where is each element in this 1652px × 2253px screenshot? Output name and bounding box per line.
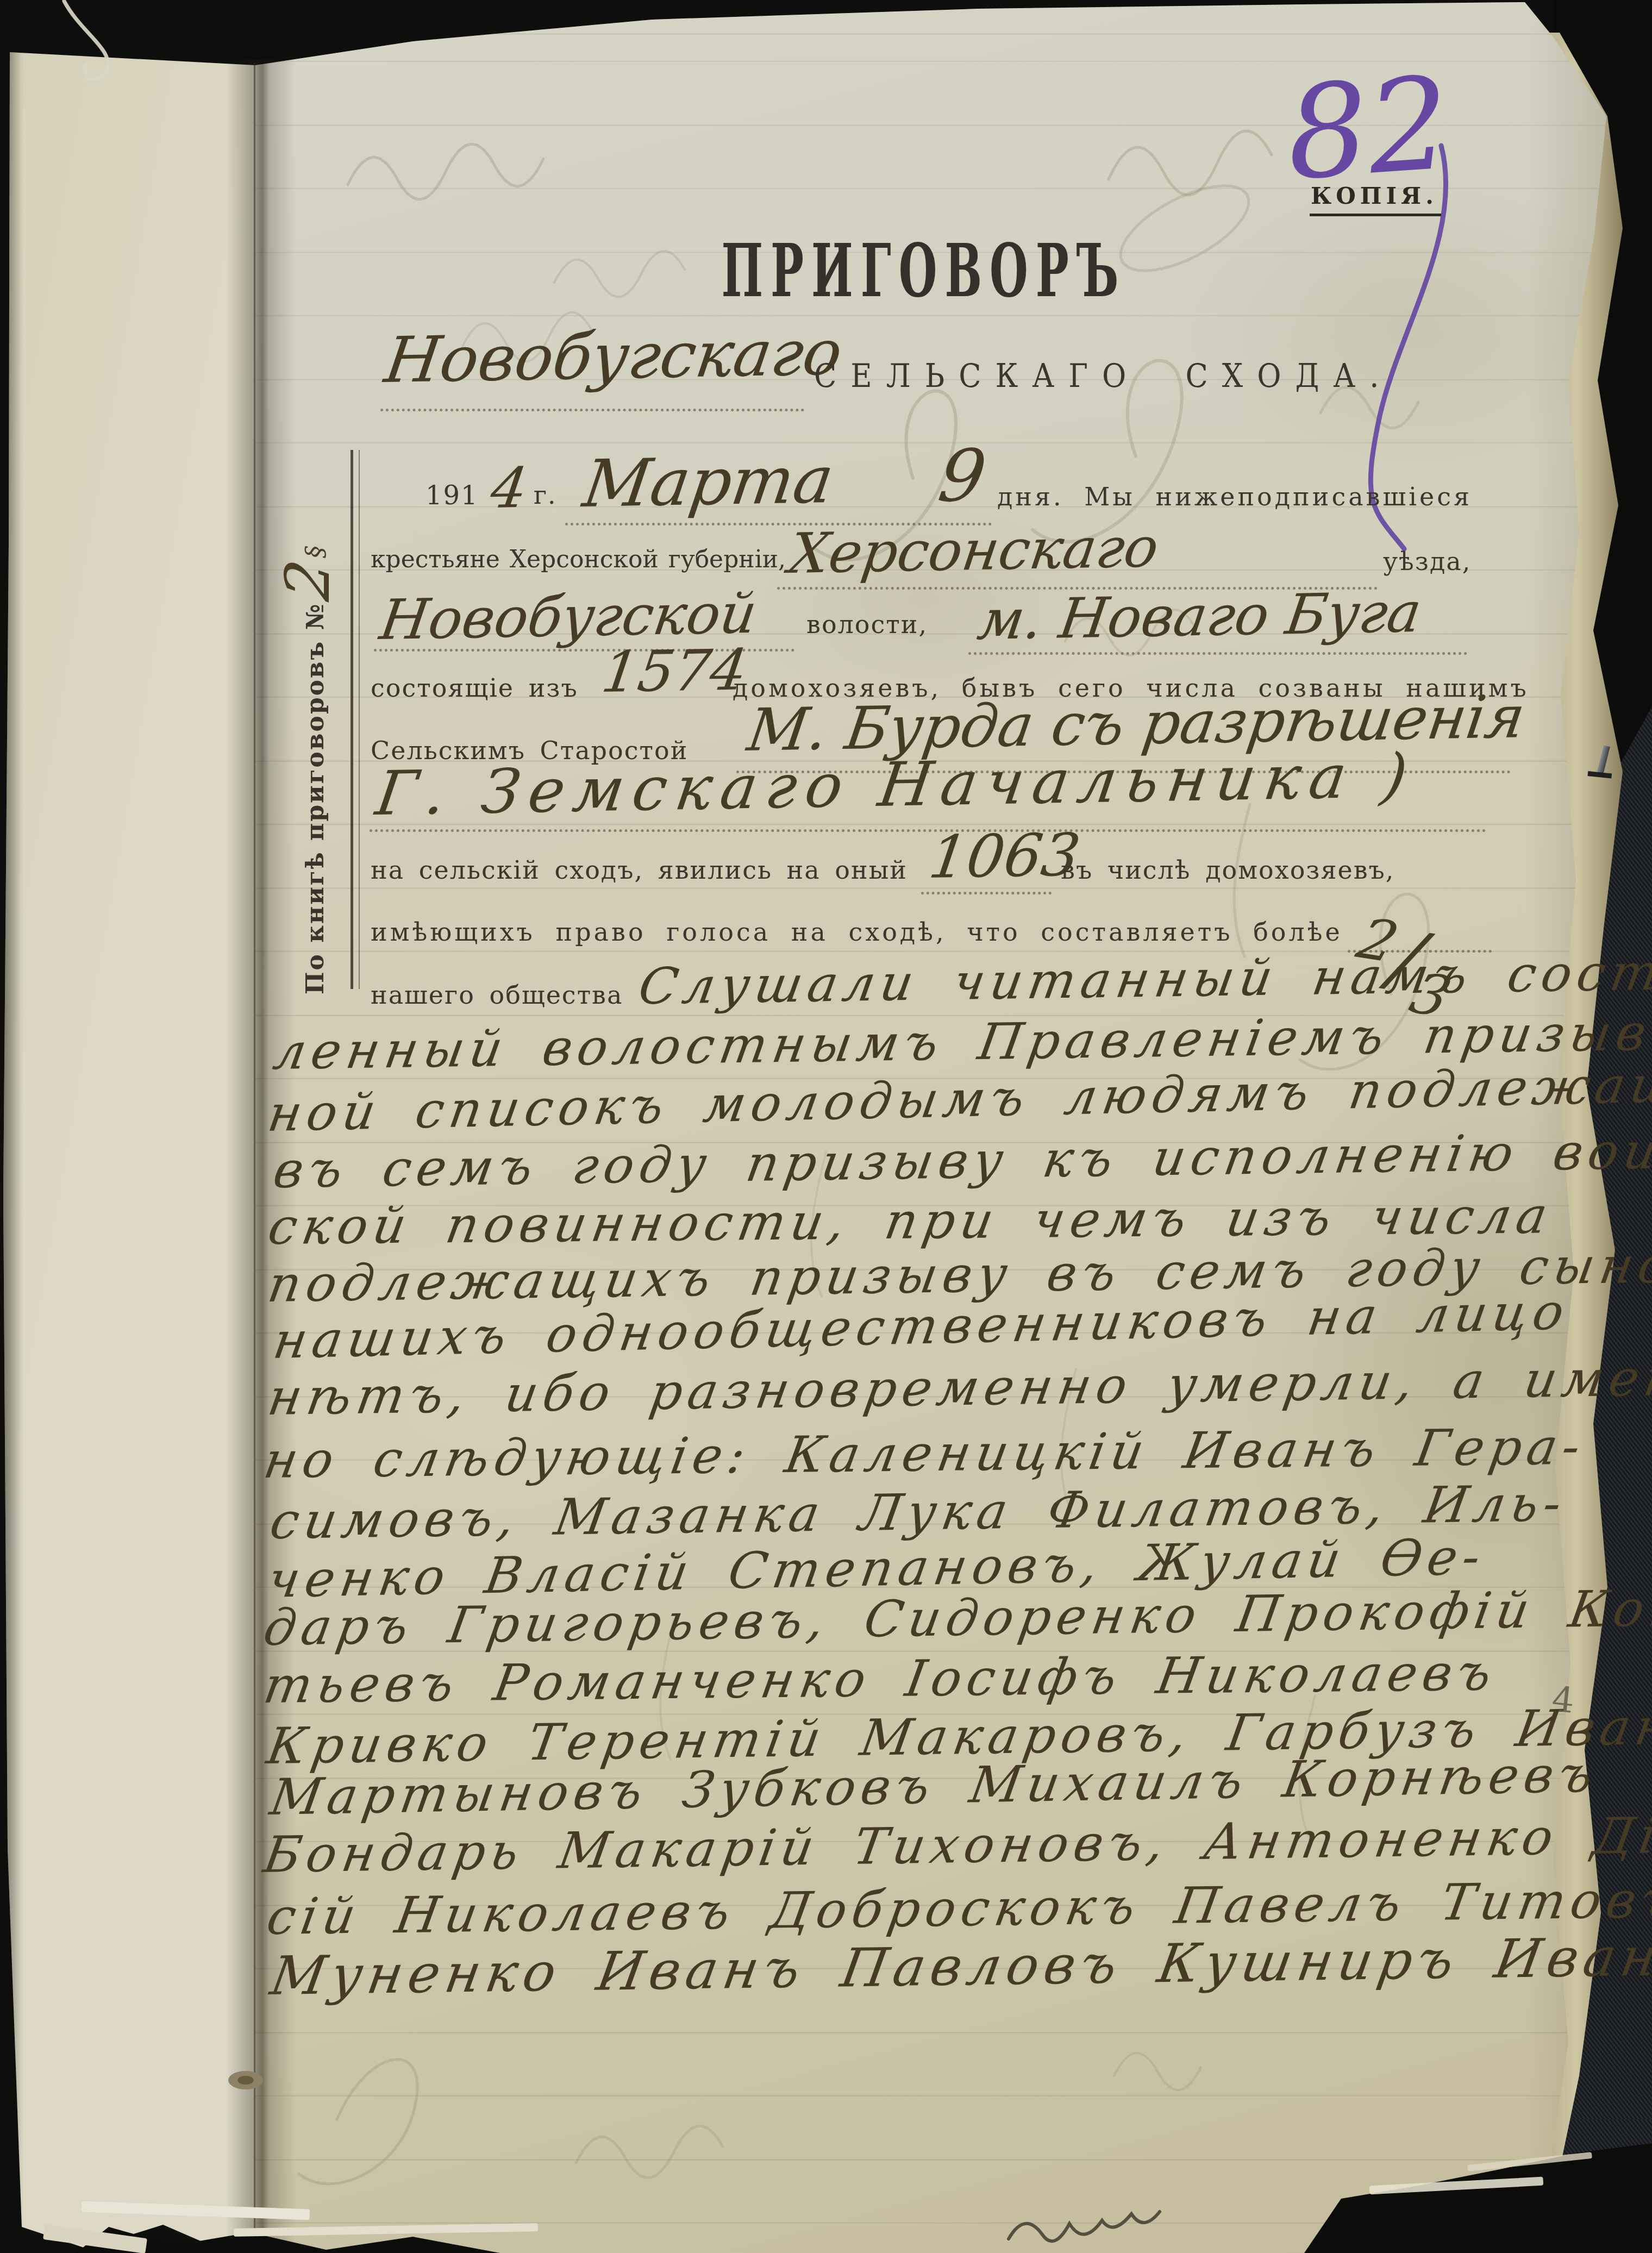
place-handwritten: м. Новаго Буга — [974, 580, 1425, 653]
month-handwritten: Марта — [579, 442, 838, 522]
dotted-line — [968, 652, 1467, 655]
gutter-fold-line — [254, 63, 255, 2253]
year-printed: 191 — [425, 480, 479, 511]
document-title: ПРИГОВОРЪ — [721, 227, 1077, 314]
dotted-line — [380, 409, 804, 411]
margin-rule — [351, 450, 360, 989]
community-name-handwritten: Новобугскаго — [380, 316, 847, 397]
uyezd-handwritten: Херсонскаго — [785, 515, 1162, 586]
margin-book-note-printed: По книгѣ приговоровъ № — [302, 603, 329, 994]
society-line-printed: нашего общества — [371, 980, 623, 1010]
pencil-page-mark: 4 — [1550, 1679, 1576, 1722]
dotted-line — [921, 892, 1052, 894]
year-suffix-printed: г. — [534, 480, 557, 510]
copy-stamp: КОПІЯ. — [1310, 183, 1441, 216]
archival-scan: 82 КОПІЯ. ПРИГОВОРЪ Новобугскаго СЕЛЬСКА… — [0, 0, 1652, 2253]
margin-book-note: По книгѣ приговоровъ № 2 § — [300, 446, 329, 994]
uyezd-suffix-printed: уѣзда, — [1383, 547, 1471, 576]
households-line-start-printed: состоящіе изъ — [371, 673, 578, 703]
dotted-line — [370, 829, 1486, 832]
volost-suffix-printed: волости, — [806, 610, 928, 639]
province-line-printed: крестьяне Херсонской губерніи, — [371, 546, 786, 573]
attendance-line-start-printed: на сельскій сходъ, явились на оный — [371, 855, 908, 885]
folio-number-ink: 82 — [1282, 60, 1454, 198]
quorum-line-printed: имѣющихъ право голоса на сходѣ, что сост… — [371, 917, 1343, 947]
assembly-subtitle-printed: СЕЛЬСКАГО СХОДА. — [814, 356, 1393, 395]
day-line-printed: дня. Мы нижеподписавшіеся — [997, 482, 1472, 511]
margin-book-note-mark: § — [300, 546, 329, 558]
attendance-line-end-printed: въ числѣ домохозяевъ, — [1061, 855, 1394, 885]
households-total-handwritten: 1574 — [598, 636, 752, 705]
